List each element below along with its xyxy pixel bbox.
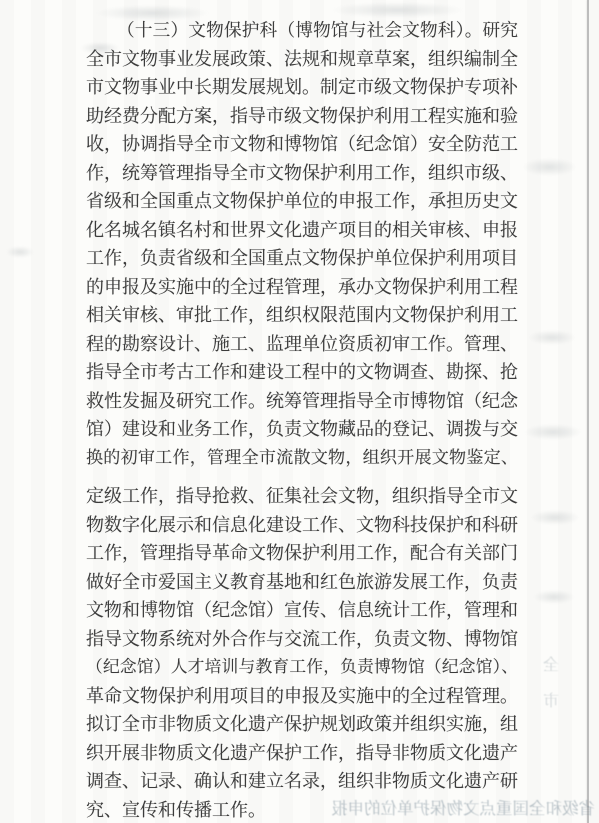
text-line: 救性发掘及研究工作。统筹管理指导全市博物馆（纪念 bbox=[86, 387, 518, 416]
scan-smudge bbox=[524, 424, 582, 440]
text-line: 化名城名镇名村和世界文化遗产项目的相关审核、申报 bbox=[86, 216, 518, 245]
text-line: 工作，负责省级和全国重点文物保护单位保护利用项目 bbox=[86, 244, 518, 273]
paragraph-block-1: （十三）文物保护科（博物馆与社会文物科）。研究全市文物事业发展政策、法规和规章草… bbox=[86, 16, 518, 472]
text-line: （十三）文物保护科（博物馆与社会文物科）。研究 bbox=[86, 16, 518, 45]
text-line: 换的初审工作，管理全市流散文物，组织开展文物鉴定、 bbox=[86, 444, 518, 473]
bleedthrough-text-bottom: 省级和全国重点文物保护单位的申报 bbox=[332, 795, 595, 823]
text-line: 做好全市爱国主义教育基地和红色旅游发展工作，负责 bbox=[86, 568, 518, 597]
text-line: 物数字化展示和信息化建设工作、文物科技保护和科研 bbox=[86, 511, 518, 540]
scan-smudge bbox=[530, 510, 580, 525]
text-line: 市文物事业中长期发展规划。制定市级文物保护专项补 bbox=[86, 73, 518, 102]
page-edge-scan-line bbox=[587, 0, 589, 823]
text-line: 助经费分配方案，指导市级文物保护利用工程实施和验 bbox=[86, 102, 518, 131]
scan-smudge bbox=[533, 590, 575, 604]
bleedthrough-fragment: 全 bbox=[543, 652, 559, 675]
bleedthrough-fragment: 市 bbox=[543, 688, 559, 711]
paragraph-gap bbox=[86, 472, 518, 482]
text-line: 指导文物系统对外合作与交流工作，负责文物、博物馆 bbox=[86, 625, 518, 654]
scanned-document-page: （十三）文物保护科（博物馆与社会文物科）。研究全市文物事业发展政策、法规和规章草… bbox=[0, 0, 599, 823]
text-line: 文物和博物馆（纪念馆）宣传、信息统计工作，管理和 bbox=[86, 596, 518, 625]
text-line: 革命文物保护利用项目的申报及实施中的全过程管理。 bbox=[86, 682, 518, 711]
text-line: 拟订全市非物质文化遗产保护规划政策并组织实施，组 bbox=[86, 710, 518, 739]
scan-smudge bbox=[6, 246, 34, 258]
text-line: 指导全市考古工作和建设工程中的文物调查、勘探、抢 bbox=[86, 358, 518, 387]
text-line: 调查、记录、确认和建立名录，组织非物质文化遗产研 bbox=[86, 767, 518, 796]
document-body: （十三）文物保护科（博物馆与社会文物科）。研究全市文物事业发展政策、法规和规章草… bbox=[86, 16, 518, 823]
paragraph-block-2: 定级工作，指导抢救、征集社会文物，组织指导全市文物数字化展示和信息化建设工作、文… bbox=[86, 482, 518, 823]
scan-smudge bbox=[528, 330, 576, 345]
text-line: 织开展非物质文化遗产保护工作，指导非物质文化遗产 bbox=[86, 739, 518, 768]
text-line: 省级和全国重点文物保护单位的申报工作，承担历史文 bbox=[86, 187, 518, 216]
text-line: 程的勘察设计、施工、监理单位资质初审工作。管理、 bbox=[86, 330, 518, 359]
text-line: 馆）建设和业务工作，负责文物藏品的登记、调拨与交 bbox=[86, 415, 518, 444]
text-line: 定级工作，指导抢救、征集社会文物，组织指导全市文 bbox=[86, 482, 518, 511]
text-line: （纪念馆）人才培训与教育工作，负责博物馆（纪念馆）、 bbox=[86, 653, 518, 682]
text-line: 全市文物事业发展政策、法规和规章草案，组织编制全 bbox=[86, 45, 518, 74]
scan-smudge bbox=[522, 158, 577, 176]
text-line: 收，协调指导全市文物和博物馆（纪念馆）安全防范工 bbox=[86, 130, 518, 159]
text-line: 的申报及实施中的全过程管理，承办文物保护利用工程 bbox=[86, 273, 518, 302]
text-line: 相关审核、审批工作，组织权限范围内文物保护利用工 bbox=[86, 301, 518, 330]
text-line: 工作，管理指导革命文物保护利用工作，配合有关部门 bbox=[86, 539, 518, 568]
text-line: 作，统筹管理指导全市文物保护利用工作，组织市级、 bbox=[86, 159, 518, 188]
